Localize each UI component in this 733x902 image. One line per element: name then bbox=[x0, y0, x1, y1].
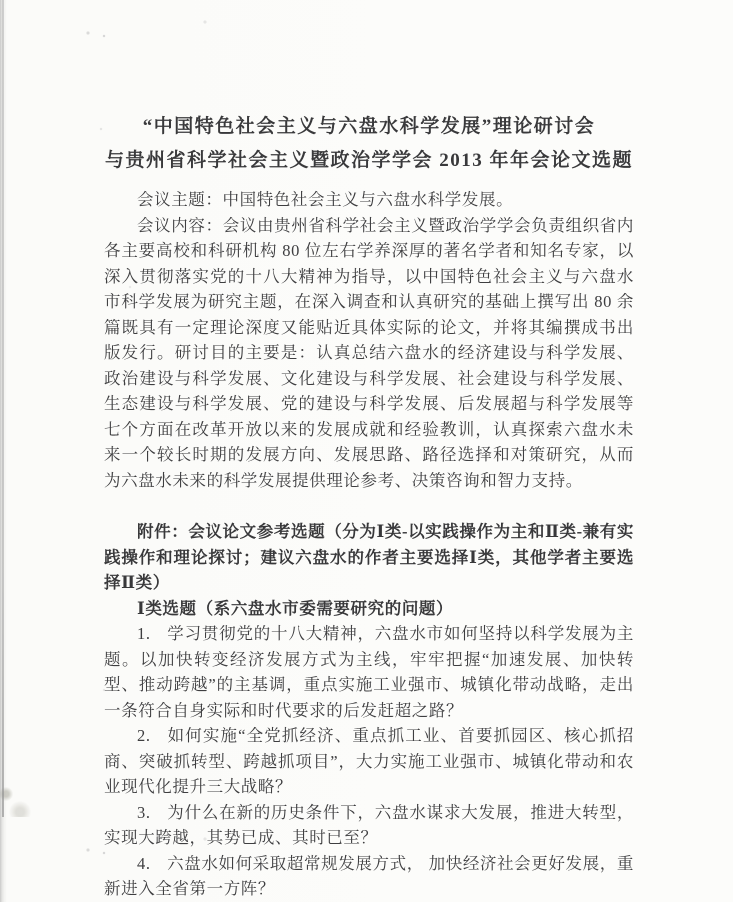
meeting-theme: 会议主题：中国特色社会主义与六盘水科学发展。 bbox=[104, 187, 634, 213]
topic-item-3: 3.为什么在新的历史条件下，六盘水谋求大发展，推进大转型，实现大跨越，其势已成、… bbox=[104, 800, 634, 818]
document-title-line2: 与贵州省科学社会主义暨政治学学会 2013 年年会论文选题 bbox=[104, 144, 634, 178]
scanned-document: “中国特色社会主义与六盘水科学发展”理论研讨会 与贵州省科学社会主义暨政治学学会… bbox=[104, 110, 634, 817]
attachment-note: 附件：会议论文参考选题（分为Ⅰ类-以实践操作为主和Ⅱ类-兼有实践操作和理论探讨；… bbox=[104, 519, 634, 596]
topic-text: 为什么在新的历史条件下，六盘水谋求大发展，推进大转型，实现大跨越，其势已成、其时… bbox=[104, 803, 634, 818]
topic-item-1: 1.学习贯彻党的十八大精神，六盘水市如何坚持以科学发展为主题。以加快转变经济发展… bbox=[104, 621, 634, 723]
topic-number: 1. bbox=[137, 624, 151, 643]
topic-number: 2. bbox=[137, 726, 151, 745]
topic-number: 3. bbox=[137, 803, 151, 818]
topic-text: 如何实施“全党抓经济、重点抓工业、首要抓园区、核心抓招商、突破抓转型、跨越抓项目… bbox=[104, 726, 634, 796]
category1-heading: Ⅰ类选题（系六盘水市委需要研究的问题） bbox=[104, 596, 634, 622]
meeting-content: 会议内容：会议由贵州省科学社会主义暨政治学学会负责组织省内各主要高校和科研机构 … bbox=[104, 213, 634, 494]
document-title-line1: “中国特色社会主义与六盘水科学发展”理论研讨会 bbox=[104, 110, 634, 144]
scan-page-edge bbox=[2, 0, 4, 817]
topic-text: 学习贯彻党的十八大精神，六盘水市如何坚持以科学发展为主题。以加快转变经济发展方式… bbox=[104, 624, 634, 720]
topic-item-2: 2.如何实施“全党抓经济、重点抓工业、首要抓园区、核心抓招商、突破抓转型、跨越抓… bbox=[104, 723, 634, 800]
